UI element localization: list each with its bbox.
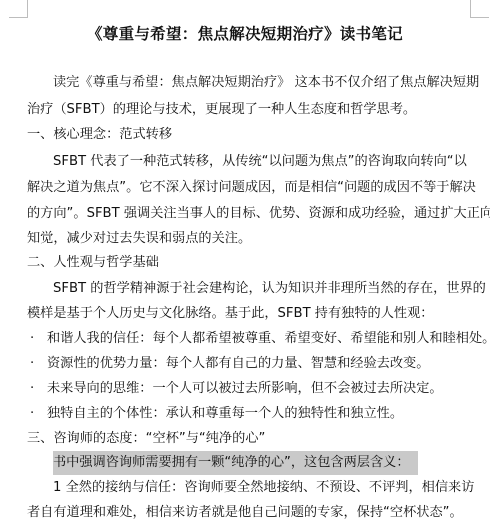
bullet-item: ·独特自主的个体性：承认和尊重每一个人的独特性和独立性。 [30,402,480,426]
page-corner-mark-top-right [470,0,489,18]
page-corner-mark-top-left [9,0,28,18]
section-1-line: 知觉，减少对过去失误和弱点的关注。 [27,227,477,251]
section-1-line: SFBT 代表了一种范式转移，从传统“以问题为焦点”的咨询取向转向“以 [27,150,490,174]
bullet-item: ·和谐人我的信任：每个人都希望被尊重、希望变好、希望能和别人和睦相处。 [30,327,480,351]
bullet-dot-icon: · [30,402,47,426]
section-1-heading: 一、核心理念：范式转移 [27,123,477,147]
bullet-dot-icon: · [30,377,47,401]
item-1-line-1: 1 全然的接纳与信任：咨询师要全然地接纳、不预设、不评判，相信来访 [27,476,490,500]
section-2-line: 模样是基于个人历史与文化脉络。基于此，SFBT 持有独特的人性观： [27,302,477,326]
bullet-item: ·未来导向的思维：一个人可以被过去所影响，但不会被过去所决定。 [30,377,480,401]
section-3-heading: 三、咨询师的态度：“空杯”与“纯净的心” [27,427,477,451]
section-2-line: SFBT 的哲学精神源于社会建构论，认为知识并非理所当然的存在，世界的 [27,277,490,301]
item-1-line-2: 者自有道理和难处，相信来访者就是他自己问题的专家，保持“空杯状态”。 [27,501,477,525]
bullet-item: ·资源性的优势力量：每个人都有自己的力量、智慧和经验去改变。 [30,352,480,376]
section-1-line: 解决之道为焦点”。它不深入探讨问题成因，而是相信“问题的成因不等于解决 [27,176,477,200]
intro-line-1: 读完《尊重与希望：焦点解决短期治疗》 这本书不仅介绍了焦点解决短期 [27,71,490,95]
section-2-heading: 二、人性观与哲学基础 [27,251,477,275]
bullet-dot-icon: · [30,327,47,351]
document-title: 《尊重与希望：焦点解决短期治疗》读书笔记 [0,22,490,44]
section-1-line: 的方向”。SFBT 强调关注当事人的目标、优势、资源和成功经验，通过扩大正向 [27,202,477,226]
highlighted-paragraph: 书中强调咨询师需要拥有一颗“纯净的心”，这包含两层含义： [53,451,490,475]
intro-line-2: 治疗（SFBT）的理论与技术，更展现了一种人生态度和哲学思考。 [27,98,477,122]
bullet-dot-icon: · [30,352,47,376]
